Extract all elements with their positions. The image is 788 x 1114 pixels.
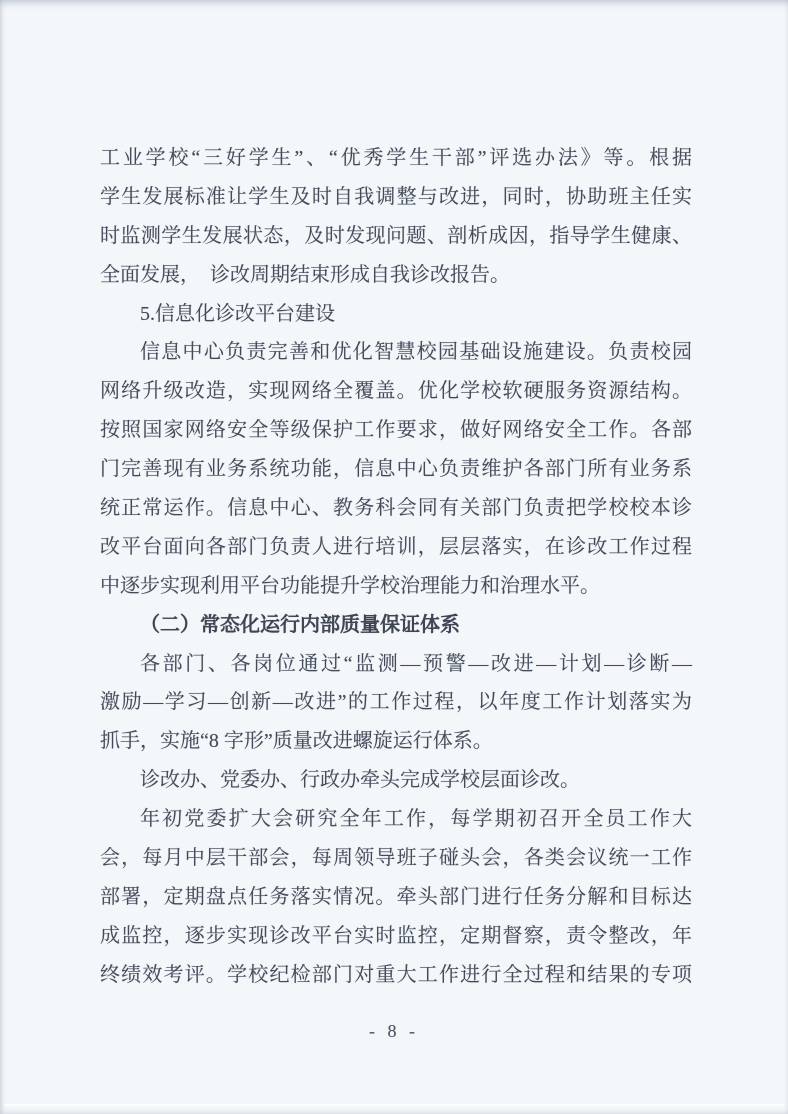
text-line: 网络升级改造，实现网络全覆盖。优化学校软硬服务资源结构。 (100, 372, 692, 411)
text-line: 年初党委扩大会研究全年工作，每学期初召开全员工作大 (100, 800, 692, 839)
text-line: 终绩效考评。学校纪检部门对重大工作进行全过程和结果的专项 (100, 956, 692, 995)
text-line: 按照国家网络安全等级保护工作要求，做好网络安全工作。各部 (100, 411, 692, 450)
text-line: 工业学校“三好学生”、“优秀学生干部”评选办法》等。根据 (100, 139, 692, 178)
text-line: 部署，定期盘点任务落实情况。牵头部门进行任务分解和目标达 (100, 878, 692, 917)
text-line: 各部门、各岗位通过“监测—预警—改进—计划—诊断— (100, 645, 692, 684)
text-line: 信息中心负责完善和优化智慧校园基础设施建设。负责校园 (100, 333, 692, 372)
text-line: 统正常运作。信息中心、教务科会同有关部门负责把学校校本诊 (100, 489, 692, 528)
text-line: 激励—学习—创新—改进”的工作过程，以年度工作计划落实为 (100, 683, 692, 722)
text-line: 诊改办、党委办、行政办牵头完成学校层面诊改。 (100, 761, 692, 800)
page-footer: - 8 - (0, 1019, 788, 1043)
text-line: （二）常态化运行内部质量保证体系 (100, 606, 692, 645)
text-line: 改平台面向各部门负责人进行培训，层层落实，在诊改工作过程 (100, 528, 692, 567)
text-line: 学生发展标准让学生及时自我调整与改进，同时，协助班主任实 (100, 178, 692, 217)
text-line: 会，每月中层干部会，每周领导班子碰头会，各类会议统一工作 (100, 839, 692, 878)
text-line: 门完善现有业务系统功能，信息中心负责维护各部门所有业务系 (100, 450, 692, 489)
text-block: 工业学校“三好学生”、“优秀学生干部”评选办法》等。根据学生发展标准让学生及时自… (100, 139, 692, 995)
text-line: 全面发展， 诊改周期结束形成自我诊改报告。 (100, 256, 692, 295)
text-line: 中逐步实现利用平台功能提升学校治理能力和治理水平。 (100, 567, 692, 606)
text-line: 5.信息化诊改平台建设 (100, 295, 692, 334)
text-line: 时监测学生发展状态，及时发现问题、剖析成因，指导学生健康、 (100, 217, 692, 256)
page-number: - 8 - (369, 1021, 419, 1041)
scan-edge-line (4, 1104, 784, 1106)
text-line: 成监控，逐步实现诊改平台实时监控，定期督察，责令整改，年 (100, 917, 692, 956)
document-page: 工业学校“三好学生”、“优秀学生干部”评选办法》等。根据学生发展标准让学生及时自… (0, 0, 788, 1114)
text-line: 抓手，实施“8 字形”质量改进螺旋运行体系。 (100, 722, 692, 761)
